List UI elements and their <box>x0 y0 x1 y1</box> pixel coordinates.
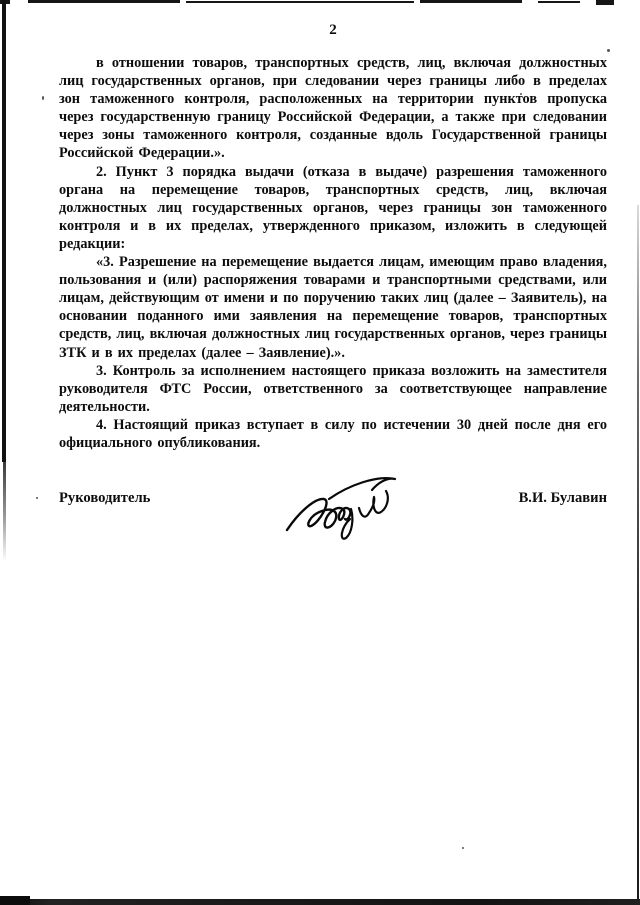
paragraph-quote-3: «3. Разрешение на перемещение выдается л… <box>59 253 607 362</box>
scan-speck <box>36 497 38 499</box>
scan-border-left-fade <box>3 462 6 562</box>
handwritten-signature-icon <box>281 468 403 544</box>
signer-name: В.И. Булавин <box>519 490 607 507</box>
scan-border-bottom <box>0 899 640 905</box>
scan-border-right <box>637 205 639 905</box>
signature-block: Руководитель В.И. Булавин <box>59 490 607 507</box>
page-number: 2 <box>59 22 607 38</box>
scan-speck <box>42 96 44 100</box>
document-body: в отношении товаров, транспортных средст… <box>59 54 607 452</box>
scan-border-left <box>2 0 6 462</box>
scan-speck <box>462 847 464 849</box>
signer-role-label: Руководитель <box>59 490 150 507</box>
paragraph-item-2: 2. Пункт 3 порядка выдачи (отказа в выда… <box>59 163 607 253</box>
paragraph-continuation: в отношении товаров, транспортных средст… <box>59 54 607 163</box>
scan-speck <box>607 49 610 52</box>
scanned-page: 2 в отношении товаров, транспортных сред… <box>0 0 640 905</box>
paragraph-item-4: 4. Настоящий приказ вступает в силу по и… <box>59 416 607 452</box>
paragraph-item-3: 3. Контроль за исполнением настоящего пр… <box>59 362 607 416</box>
scan-border-bottom-corner <box>0 896 30 905</box>
